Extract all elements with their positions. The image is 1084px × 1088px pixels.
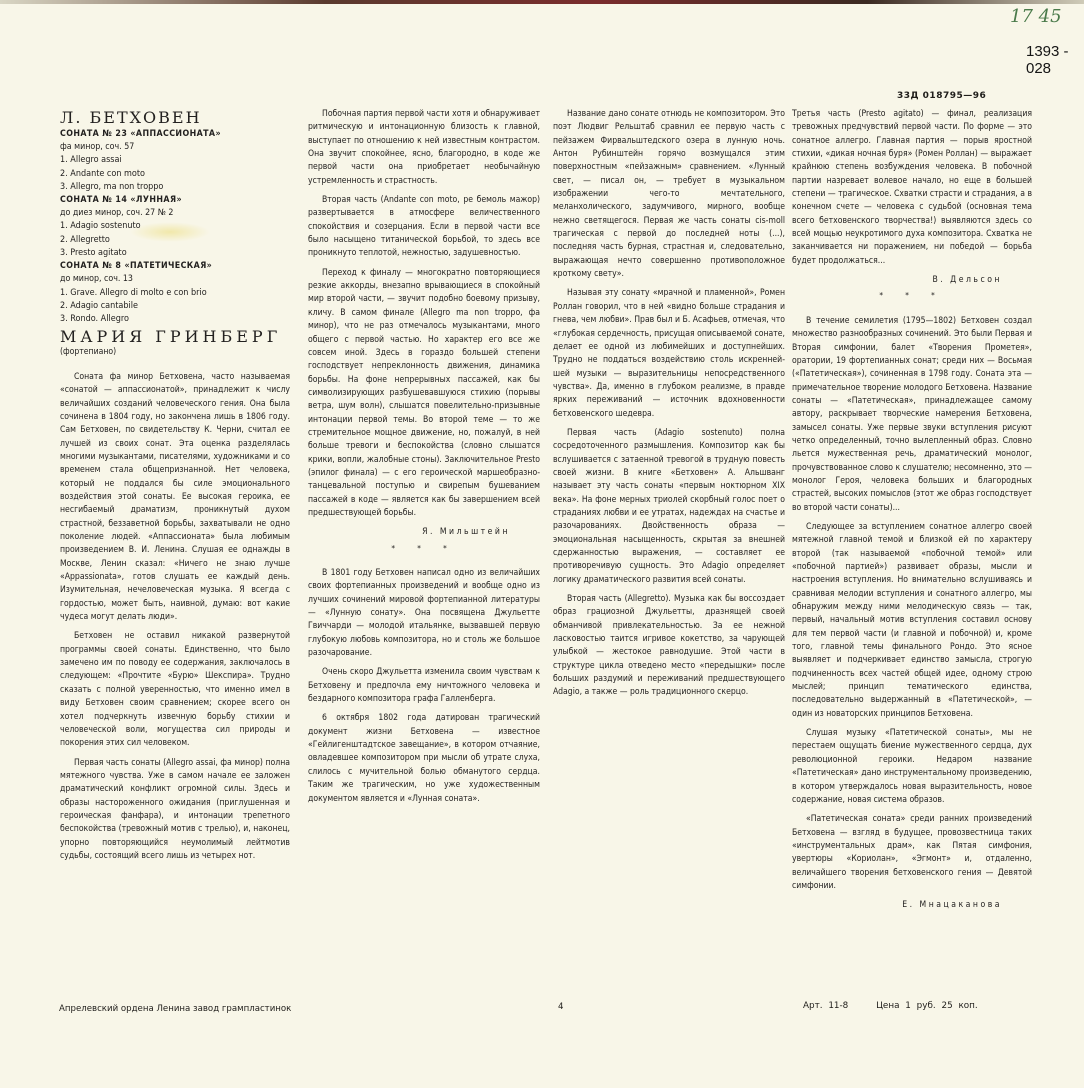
- sonata-key: до минор, соч. 13: [60, 273, 290, 286]
- section-separator: * * *: [792, 289, 1032, 302]
- essay-paragraph: Побочная партия первой части хотя и обна…: [308, 108, 540, 188]
- manufacturer-line: Апрелевский ордена Ленина завод грамплас…: [59, 1004, 291, 1014]
- essay-paragraph: Название дано сонате отнюдь не композито…: [553, 108, 785, 281]
- matrix-number: 33Д 018795—96: [897, 91, 986, 101]
- article-code: Арт. 11-8: [803, 1001, 848, 1011]
- author-signature: В. Дельсон: [792, 274, 1002, 287]
- essay-paragraph: Очень скоро Джульетта изменила своим чув…: [308, 666, 540, 706]
- scan-top-edge: [0, 0, 1084, 4]
- performer-instrument: (фортепиано): [60, 346, 290, 359]
- composer-name: Л. БЕТХОВЕН: [60, 108, 290, 127]
- sonata-8: СОНАТА № 8 «ПАТЕТИЧЕСКАЯ» до минор, соч.…: [60, 260, 290, 326]
- movement: 2. Allegretto: [60, 234, 290, 247]
- sonata-key: до диез минор, соч. 27 № 2: [60, 207, 290, 220]
- column-3: Название дано сонате отнюдь не композито…: [553, 108, 785, 706]
- catalog-number: 1393 - 028: [1026, 43, 1084, 77]
- essay-paragraph: Слушая музыку «Патетической сонаты», мы …: [792, 727, 1032, 807]
- price: Цена 1 руб. 25 коп.: [876, 1001, 978, 1011]
- essay-paragraph: 6 октября 1802 года датирован трагически…: [308, 712, 540, 805]
- sonata-23: СОНАТА № 23 «АППАССИОНАТА» фа минор, соч…: [60, 128, 290, 194]
- author-signature: Я. Мильштейн: [308, 526, 510, 539]
- handwritten-note: 17 45: [1010, 6, 1062, 27]
- movement: 1. Grave. Allegro di molto e con brio: [60, 287, 290, 300]
- column-2: Побочная партия первой части хотя и обна…: [308, 108, 540, 812]
- essay-paragraph: Называя эту сонату «мрачной и пламенной»…: [553, 287, 785, 420]
- performer-name: МАРИЯ ГРИНБЕРГ: [60, 328, 290, 346]
- column-4: Третья часть (Presto agitato) — финал, р…: [792, 108, 1032, 915]
- movement: 2. Adagio cantabile: [60, 300, 290, 313]
- essay-paragraph: «Патетическая соната» среди ранних произ…: [792, 813, 1032, 893]
- movement: 3. Rondo. Allegro: [60, 313, 290, 326]
- sonata-title: СОНАТА № 23 «АППАССИОНАТА»: [60, 128, 290, 141]
- essay-paragraph: Переход к финалу — многократно повторяющ…: [308, 267, 540, 521]
- sonata-title: СОНАТА № 8 «ПАТЕТИЧЕСКАЯ»: [60, 260, 290, 273]
- essay-paragraph: Первая часть сонаты (Allegro assai, фа м…: [60, 757, 290, 864]
- essay-paragraph: В 1801 году Бетховен написал одно из вел…: [308, 567, 540, 660]
- author-signature: Е. Мнацаканова: [792, 899, 1002, 912]
- sonata-title: СОНАТА № 14 «ЛУННАЯ»: [60, 194, 290, 207]
- page-number: 4: [558, 1002, 563, 1012]
- essay-paragraph: Вторая часть (Allegretto). Музыка как бы…: [553, 593, 785, 700]
- section-separator: * * *: [308, 542, 540, 555]
- movement: 1. Allegro assai: [60, 154, 290, 167]
- sonata-key: фа минор, соч. 57: [60, 141, 290, 154]
- movement: 3. Allegro, ma non troppo: [60, 181, 290, 194]
- sonata-14: СОНАТА № 14 «ЛУННАЯ» до диез минор, соч.…: [60, 194, 290, 260]
- essay-paragraph: Первая часть (Adagio sostenuto) полна со…: [553, 427, 785, 587]
- essay-paragraph: Бетховен не оставил никакой развернутой …: [60, 630, 290, 750]
- price-line: Арт. 11-8 Цена 1 руб. 25 коп.: [803, 1001, 978, 1011]
- movement: 3. Presto agitato: [60, 247, 290, 260]
- essay-paragraph: Соната фа минор Бетховена, часто называе…: [60, 371, 290, 625]
- column-1: Л. БЕТХОВЕН СОНАТА № 23 «АППАССИОНАТА» ф…: [60, 108, 290, 869]
- essay-paragraph: Вторая часть (Andante con moto, ре бемол…: [308, 194, 540, 261]
- movement: 2. Andante con moto: [60, 168, 290, 181]
- essay-paragraph: Третья часть (Presto agitato) — финал, р…: [792, 108, 1032, 268]
- movement: 1. Adagio sostenuto: [60, 220, 290, 233]
- essay-paragraph: Следующее за вступлением сонатное аллегр…: [792, 521, 1032, 721]
- essay-paragraph: В течение семилетия (1795—1802) Бетховен…: [792, 315, 1032, 515]
